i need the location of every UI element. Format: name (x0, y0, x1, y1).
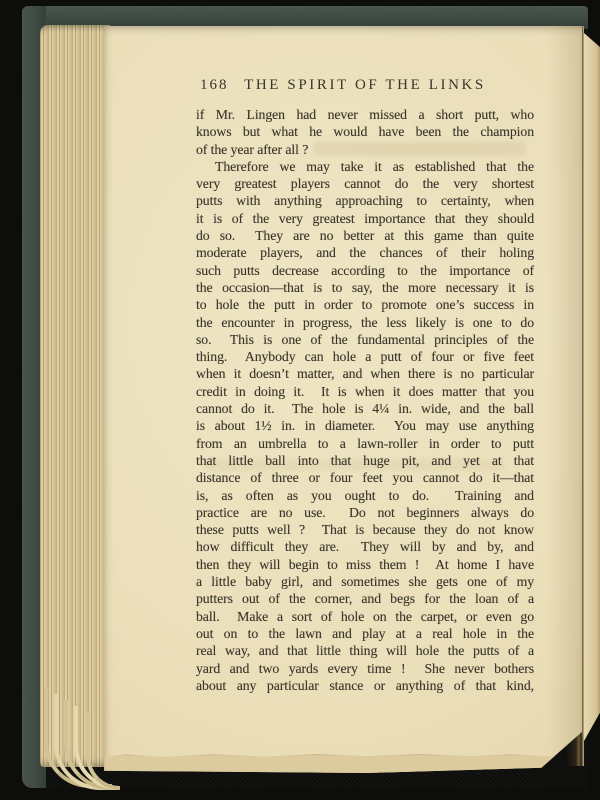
text-line: the occasion—that is to say, the more ne… (196, 279, 534, 296)
text-line: moderate players, and the chances of the… (196, 244, 534, 261)
text-line: putters out of the corner, and begs for … (196, 590, 534, 607)
text-line: then they will begin to miss them ! At h… (196, 556, 534, 573)
text-line: so. This is one of the fundamental princ… (196, 331, 534, 348)
text-line: do so. They are no better at this game t… (196, 227, 534, 244)
text-line: practice are no use. Do not beginners al… (196, 504, 534, 521)
text-line: about any particular stance or anything … (196, 677, 534, 694)
text-line: is about 1½ in. in diameter. You may use… (196, 417, 534, 434)
page-header: 168 THE SPIRIT OF THE LINKS (196, 77, 534, 97)
text-line: thing. Anybody can hole a putt of four o… (196, 348, 534, 365)
text-line: to hole the putt in order to promote one… (196, 296, 534, 313)
text-line: of the year after all ? (196, 141, 534, 158)
text-line: these putts well ? That is because they … (196, 521, 534, 538)
book-page: 168 THE SPIRIT OF THE LINKS if Mr. Linge… (104, 26, 582, 773)
text-line: yard and two yards every time ! She neve… (196, 660, 534, 677)
fanned-page-edges (40, 25, 110, 767)
text-line: is, as often as you ought to do. Trainin… (196, 487, 534, 504)
page-bottom-deckle-edge (104, 752, 556, 773)
text-line: knows but what he would have been the ch… (196, 123, 534, 140)
text-line: Therefore we may take it as established … (196, 158, 534, 175)
page-text: if Mr. Lingen had never missed a short p… (196, 106, 534, 694)
text-line: putts with anything approaching to certa… (196, 192, 534, 209)
text-line: distance of three or four feet you canno… (196, 469, 534, 486)
text-line: out on to the lawn and play at a real ho… (196, 625, 534, 642)
text-line: how difficult they are. They will by and… (196, 538, 534, 555)
text-line: that little ball into that huge pit, and… (196, 452, 534, 469)
text-line: it is of the very greatest importance th… (196, 210, 534, 227)
text-line: the encounter in progress, the less like… (196, 314, 534, 331)
text-line: such putts decrease according to the imp… (196, 262, 534, 279)
text-line: very greatest players cannot do the very… (196, 175, 534, 192)
text-line: credit in doing it. It is when it does m… (196, 383, 534, 400)
text-line: if Mr. Lingen had never missed a short p… (196, 106, 534, 123)
facing-page-edge (584, 33, 600, 741)
text-line: from an umbrella to a lawn-roller in ord… (196, 435, 534, 452)
text-line: cannot do it. The hole is 4¼ in. wide, a… (196, 400, 534, 417)
text-line: a little baby girl, and sometimes she ge… (196, 573, 534, 590)
page-number: 168 (200, 77, 229, 94)
text-line: when it doesn’t matter, and when there i… (196, 365, 534, 382)
text-line: ball. Make a sort of hole on the carpet,… (196, 608, 534, 625)
text-line: real way, and that little thing will hol… (196, 642, 534, 659)
scanned-book-photo: 168 THE SPIRIT OF THE LINKS if Mr. Linge… (0, 0, 600, 800)
running-title: THE SPIRIT OF THE LINKS (244, 77, 486, 94)
